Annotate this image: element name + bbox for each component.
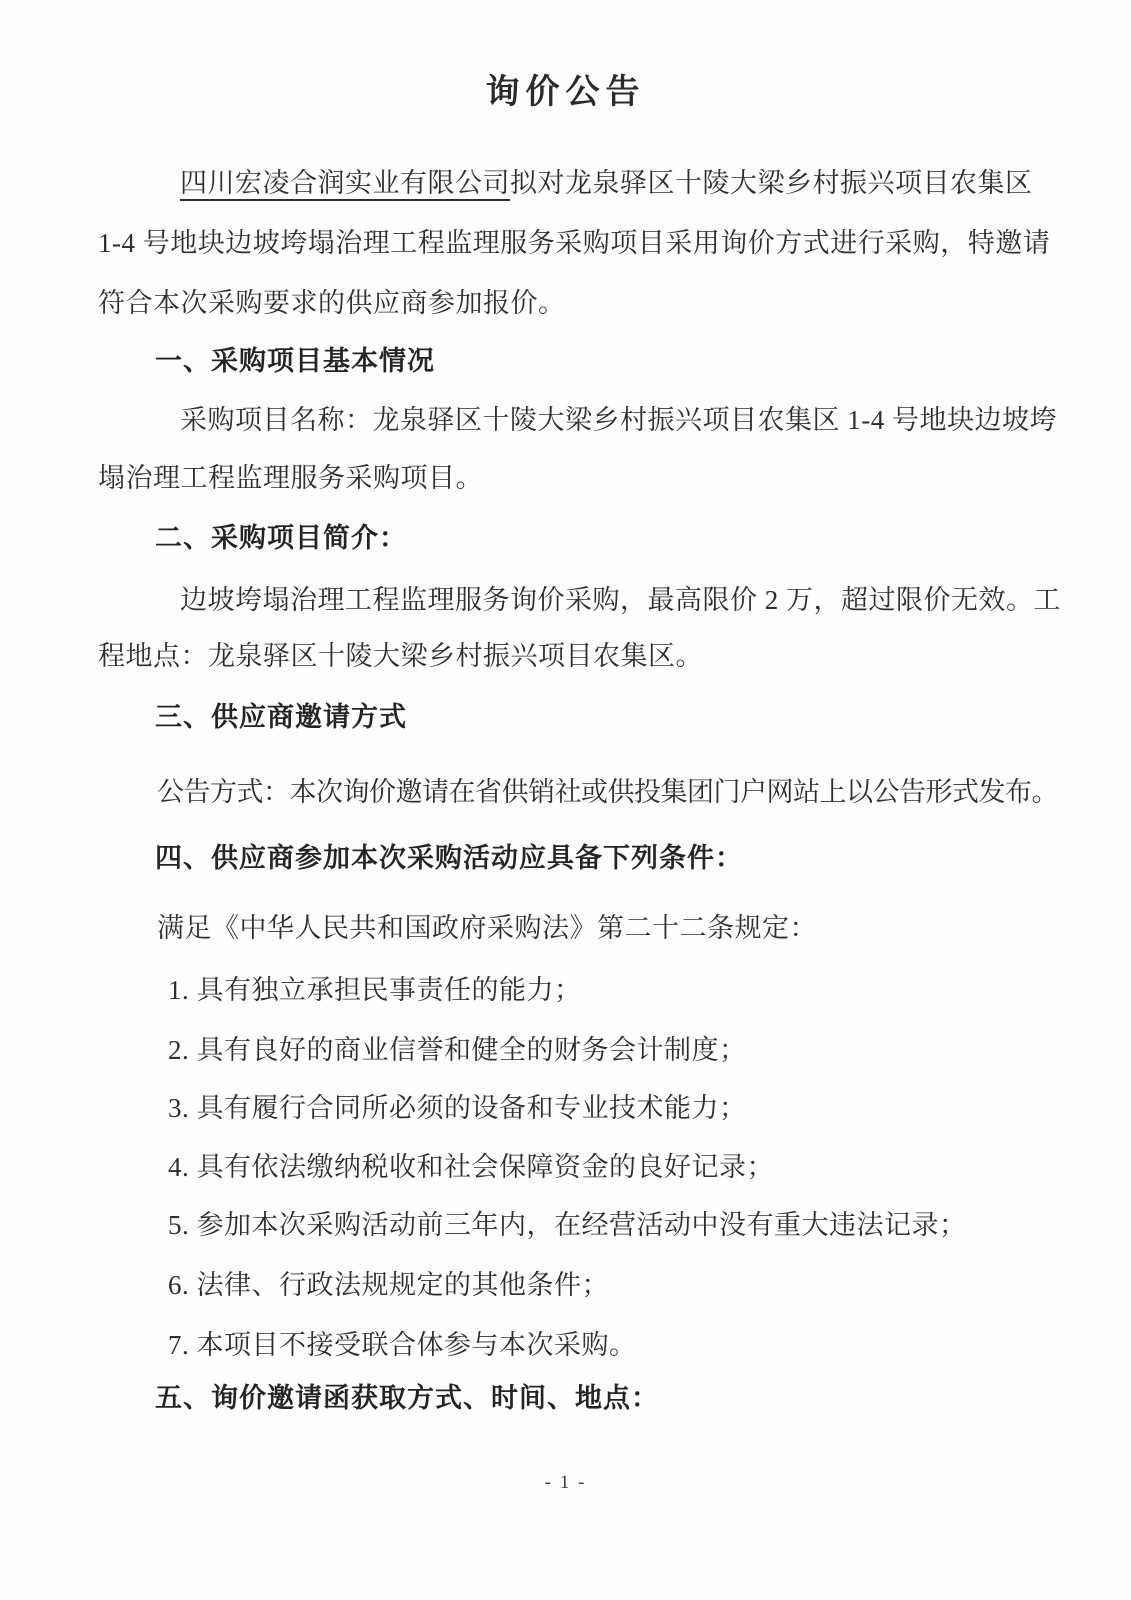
page-number: - 1 - <box>0 1472 1131 1494</box>
section-3-heading: 三、供应商邀请方式 <box>155 700 407 734</box>
section-5-heading: 五、询价邀请函获取方式、时间、地点： <box>155 1381 659 1415</box>
section-1-heading: 一、采购项目基本情况 <box>155 344 435 378</box>
page-title: 询价公告 <box>0 64 1131 113</box>
section-1-line-2: 塌治理工程监理服务采购项目。 <box>98 461 483 495</box>
section-4-heading: 四、供应商参加本次采购活动应具备下列条件： <box>155 841 743 875</box>
condition-item-5: 5. 参加本次采购活动前三年内，在经营活动中没有重大违法记录； <box>168 1208 967 1242</box>
condition-item-7: 7. 本项目不接受联合体参与本次采购。 <box>168 1328 637 1362</box>
intro-line-1-rest: 拟对龙泉驿区十陵大梁乡村振兴项目农集区 <box>510 168 1033 198</box>
section-2-line-1: 边坡垮塌治理工程监理服务询价采购，最高限价 2 万，超过限价无效。工 <box>180 583 1061 617</box>
condition-item-1: 1. 具有独立承担民事责任的能力； <box>168 973 582 1007</box>
section-3-line-1: 公告方式：本次询价邀请在省供销社或供投集团门户网站上以公告形式发布。 <box>157 775 1058 809</box>
company-name: 四川宏凌合润实业有限公司 <box>180 168 510 201</box>
condition-item-2: 2. 具有良好的商业信誉和健全的财务会计制度； <box>168 1033 747 1067</box>
intro-line-1: 四川宏凌合润实业有限公司拟对龙泉驿区十陵大梁乡村振兴项目农集区 <box>180 166 1033 200</box>
section-1-line-1: 采购项目名称：龙泉驿区十陵大梁乡村振兴项目农集区 1-4 号地块边坡垮 <box>180 403 1057 437</box>
condition-item-6: 6. 法律、行政法规规定的其他条件； <box>168 1268 609 1302</box>
section-2-line-2: 程地点：龙泉驿区十陵大梁乡村振兴项目农集区。 <box>98 639 703 673</box>
intro-line-3: 符合本次采购要求的供应商参加报价。 <box>98 286 566 320</box>
condition-item-3: 3. 具有履行合同所必须的设备和专业技术能力； <box>168 1091 747 1125</box>
intro-line-2: 1-4 号地块边坡垮塌治理工程监理服务采购项目采用询价方式进行采购，特邀请 <box>98 226 1050 260</box>
section-2-heading: 二、采购项目简介： <box>155 521 407 555</box>
section-4-line-1: 满足《中华人民共和国政府采购法》第二十二条规定： <box>157 911 817 945</box>
condition-item-4: 4. 具有依法缴纳税收和社会保障资金的良好记录； <box>168 1150 774 1184</box>
document-page: 询价公告 四川宏凌合润实业有限公司拟对龙泉驿区十陵大梁乡村振兴项目农集区 1-4… <box>0 0 1131 1600</box>
